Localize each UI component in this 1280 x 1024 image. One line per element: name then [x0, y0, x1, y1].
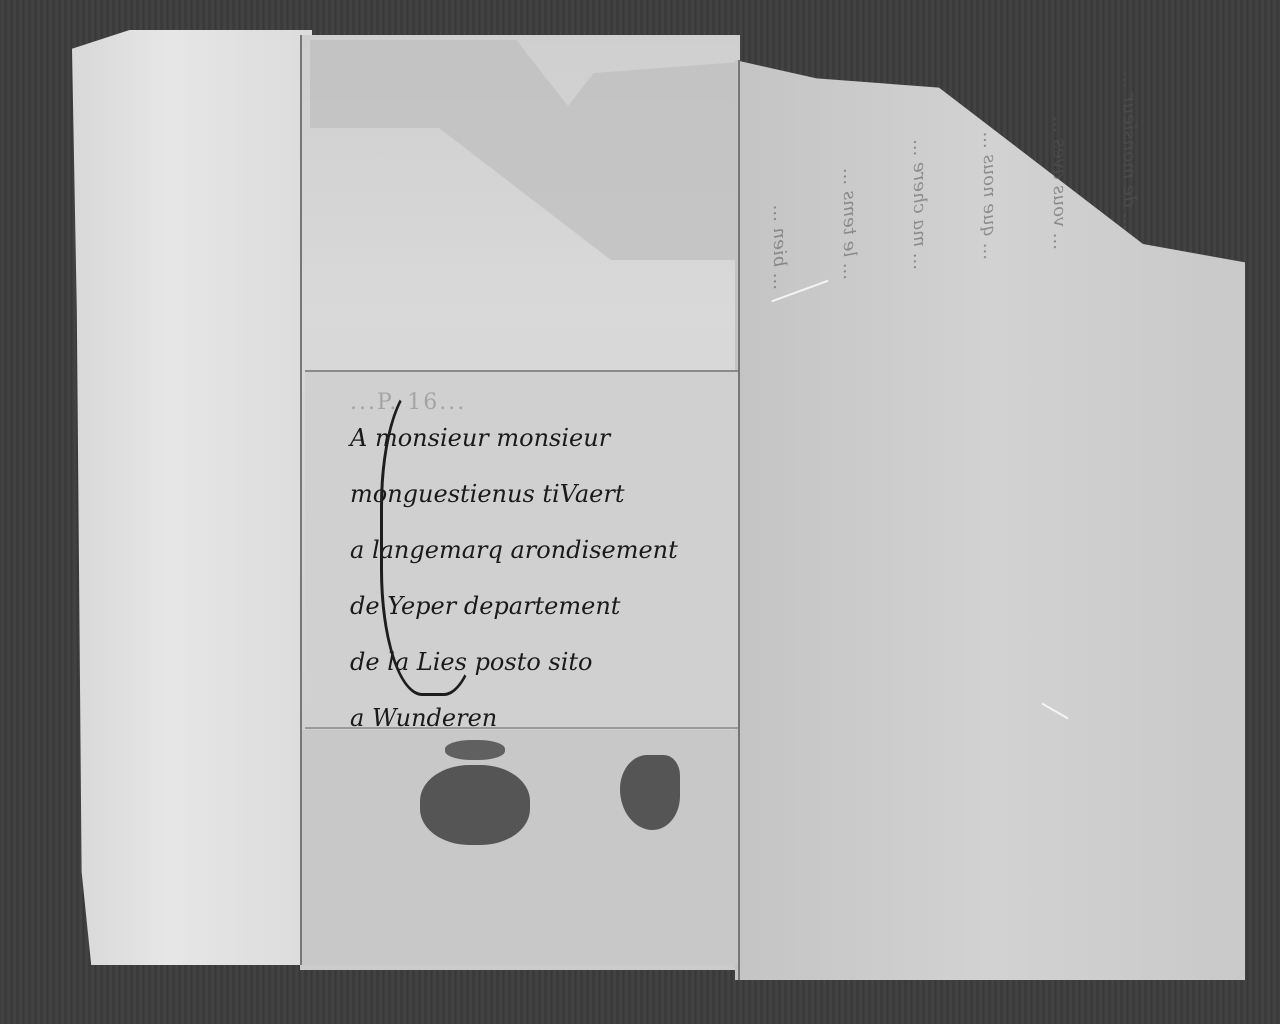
bleed-text-line: ... de monsieur ...: [1119, 71, 1140, 230]
bleed-text-line: ... bien ...: [769, 205, 790, 290]
wax-seal-left: [420, 765, 530, 845]
fold-line-left: [300, 35, 302, 965]
bleed-text-line: ... ma chere ...: [909, 139, 930, 270]
bleed-text-line: ... le tems ...: [839, 168, 860, 280]
ink-flourish: [380, 380, 486, 696]
left-flap: [72, 30, 312, 965]
wax-seal-fragment: [445, 740, 505, 760]
bleed-text-line: ... que nous ...: [979, 131, 1000, 260]
address-line: a Wunderen: [350, 690, 740, 746]
bleed-text-line: ... vous aves ...: [1049, 116, 1070, 250]
